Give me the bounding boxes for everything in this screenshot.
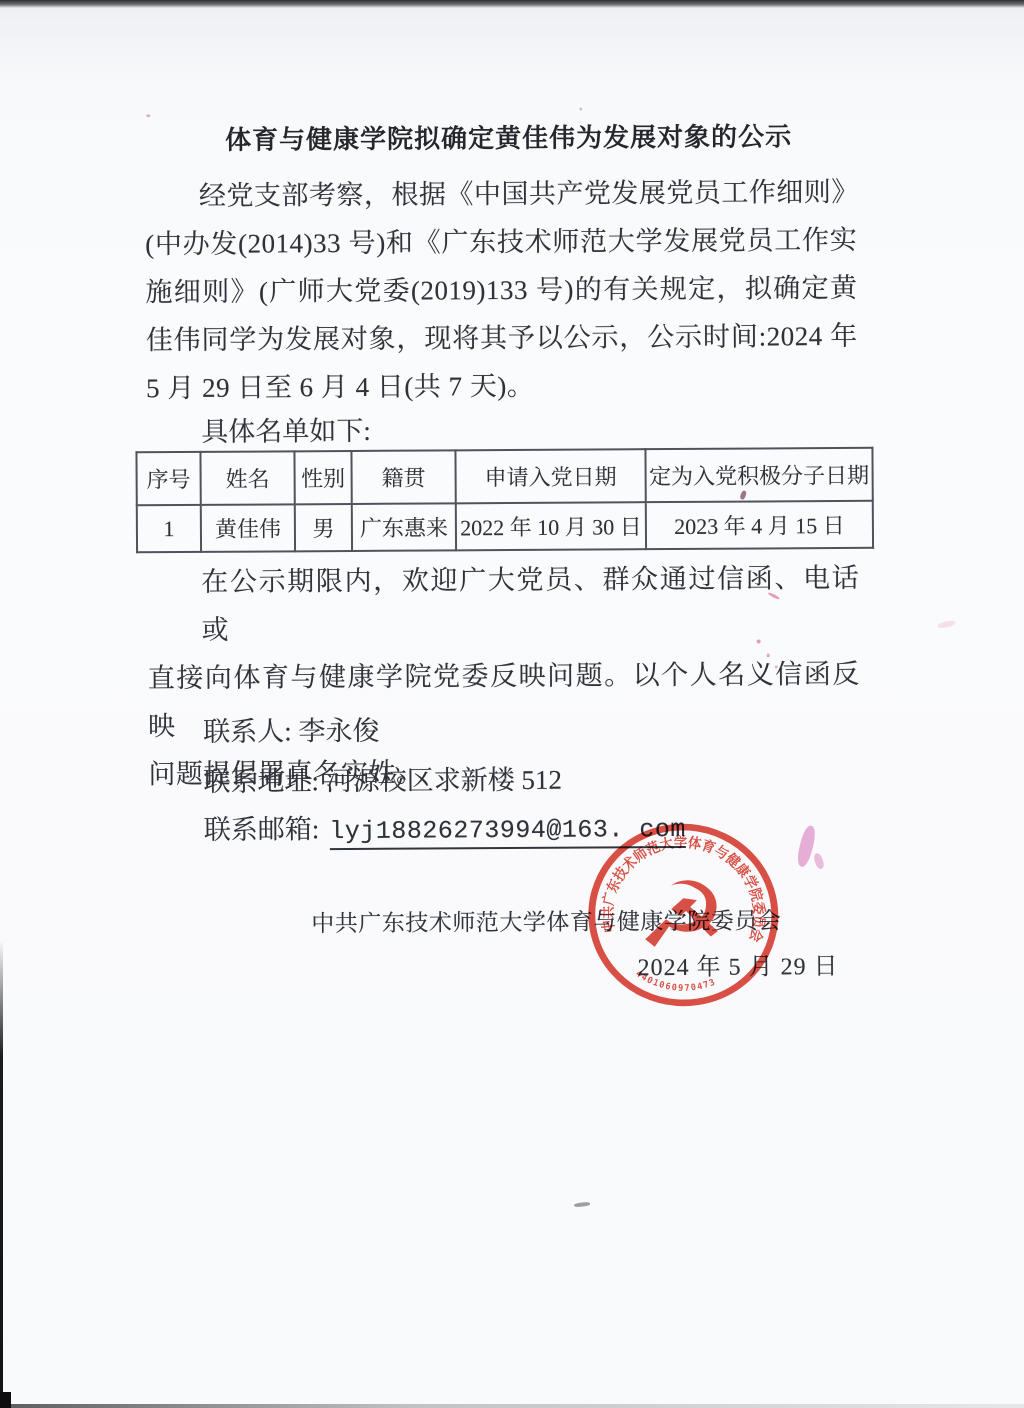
scanned-document-page: 体育与健康学院拟确定黄佳伟为发展对象的公示 经党支部考察，根据《中国共产党发展党…	[0, 0, 1024, 1408]
cell-activist-date: 2023 年 4 月 15 日	[646, 501, 873, 549]
cell-name: 黄佳伟	[201, 504, 295, 552]
ink-mark	[757, 639, 761, 643]
ink-mark	[767, 653, 770, 657]
header-apply-date: 申请入党日期	[455, 449, 645, 503]
cell-origin: 广东惠来	[352, 503, 456, 551]
ink-speck	[146, 114, 150, 117]
cell-index: 1	[137, 505, 201, 552]
ink-mark	[574, 1202, 590, 1208]
paragraph-line: 在公示期限内，欢迎广大党员、群众通过信函、电话或	[147, 554, 860, 654]
cell-apply-date: 2022 年 10 月 30 日	[456, 502, 646, 550]
contact-person: 联系人: 李永俊	[203, 709, 380, 749]
ink-mark	[813, 852, 826, 870]
contact-address: 联系地址: 河源校区求新楼 512	[203, 758, 562, 799]
roster-table: 序号 姓名 性别 籍贯 申请入党日期 定为入党积极分子日期 1 黄佳伟 男 广东…	[135, 447, 874, 554]
header-gender: 性别	[294, 451, 351, 504]
ink-speck	[579, 108, 582, 111]
official-seal: 中共广东技术师范大学体育与健康学院委员会 ☭ 4401060970473	[576, 811, 791, 1019]
paragraph-line: 施细则》(广师大党委(2019)133 号)的有关规定，拟确定黄	[145, 264, 857, 316]
paragraph-line: (中办发(2014)33 号)和《广东技术师范大学发展党员工作实	[145, 216, 857, 268]
list-intro: 具体名单如下:	[201, 409, 371, 449]
ink-mark	[775, 665, 778, 668]
header-origin: 籍贯	[351, 450, 455, 504]
paragraph-line: 5 月 29 日至 6 月 4 日(共 7 天)。	[146, 360, 858, 412]
contact-email-label: 联系邮箱:	[204, 814, 320, 845]
header-index: 序号	[136, 452, 200, 505]
table-header-row: 序号 姓名 性别 籍贯 申请入党日期 定为入党积极分子日期	[136, 448, 872, 505]
paragraph-line: 经党支部考察，根据《中国共产党发展党员工作细则》	[145, 168, 857, 220]
document-title: 体育与健康学院拟确定黄佳伟为发展对象的公示	[0, 115, 1021, 158]
paragraph-line: 佳伟同学为发展对象，现将其予以公示，公示时间:2024 年	[146, 312, 858, 364]
ink-mark	[937, 619, 956, 629]
document-content: 体育与健康学院拟确定黄佳伟为发展对象的公示 经党支部考察，根据《中国共产党发展党…	[0, 0, 1024, 1408]
cell-gender: 男	[295, 504, 352, 551]
header-activist-date: 定为入党积极分子日期	[645, 448, 872, 502]
header-name: 姓名	[200, 451, 294, 505]
paragraph-regulations: 经党支部考察，根据《中国共产党发展党员工作细则》 (中办发(2014)33 号)…	[145, 168, 858, 412]
hammer-sickle-icon: ☭	[635, 857, 732, 974]
table-row: 1 黄佳伟 男 广东惠来 2022 年 10 月 30 日 2023 年 4 月…	[137, 501, 873, 552]
